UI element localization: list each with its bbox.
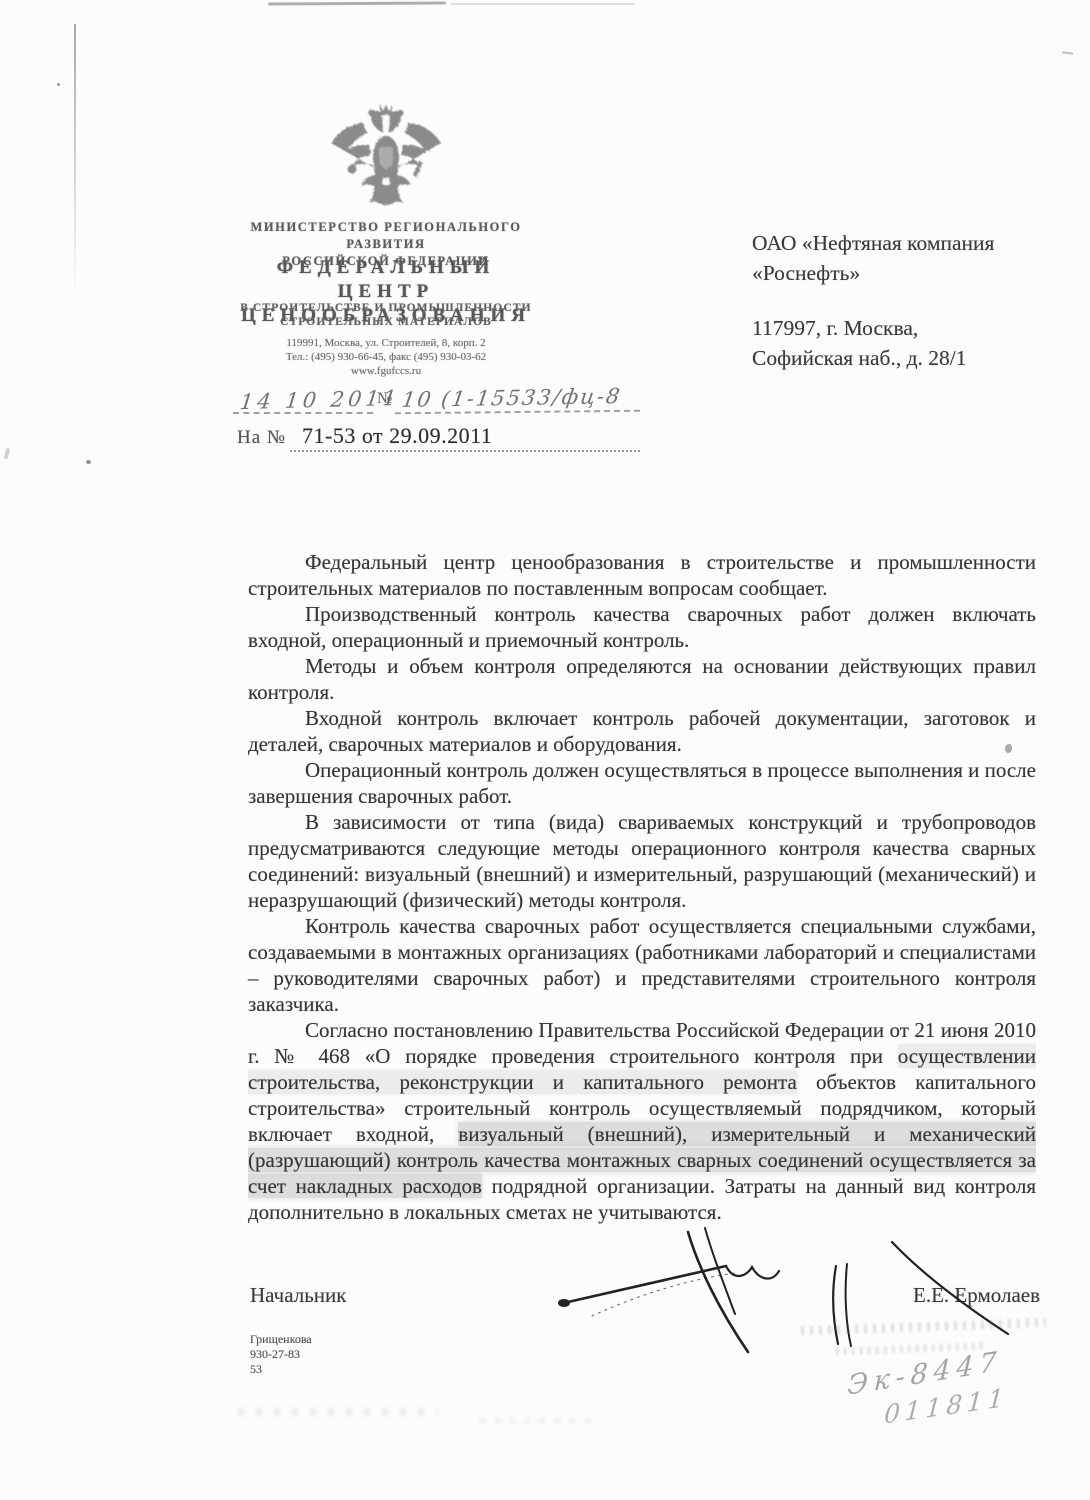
org-name-line-1: ФЕДЕРАЛЬНЫЙ ЦЕНТР [228, 256, 544, 304]
paragraph-7: Контроль качества сварочных работ осущес… [248, 913, 1036, 1017]
paragraph-6: В зависимости от типа (вида) свариваемых… [248, 809, 1036, 913]
recipient-company-line-2: «Роснефть» [752, 258, 994, 288]
executor-code: 53 [250, 1362, 312, 1377]
executor-name: Грищенкова [250, 1332, 312, 1347]
letterhead-contacts: 119991, Москва, ул. Строителей, 8, корп.… [228, 336, 544, 378]
reference-underline [290, 450, 640, 452]
recipient-company-line-1: ОАО «Нефтяная компания [752, 228, 994, 258]
paragraph-1: Федеральный центр ценообразования в стро… [248, 549, 1036, 601]
reference-number: 71-53 от 29.09.2011 [302, 423, 492, 449]
org-subtitle-line-1: В СТРОИТЕЛЬСТВЕ И ПРОМЫШЛЕННОСТИ [228, 301, 544, 315]
paragraph-3: Методы и объем контроля определяются на … [248, 653, 1036, 705]
double-headed-eagle-emblem [321, 100, 451, 218]
recipient-block: ОАО «Нефтяная компания «Роснефть» 117997… [752, 228, 994, 373]
recipient-street-address: Софийская наб., д. 28/1 [752, 343, 994, 373]
scan-artifact-top-smudge [268, 2, 446, 6]
org-subtitle-line-2: СТРОИТЕЛЬНЫХ МАТЕРИАЛОВ [228, 315, 544, 329]
scanned-letter-page: МИНИСТЕРСТВО РЕГИОНАЛЬНОГО РАЗВИТИЯ РОСС… [0, 0, 1090, 1500]
scan-artifact-vertical-line [74, 24, 76, 296]
recipient-postal-code-city: 117997, г. Москва, [752, 313, 994, 343]
faint-stamp-text-line [801, 1318, 1046, 1336]
faint-stamp-area: Эк-8447 011811 [793, 1313, 1073, 1458]
executor-phone: 930-27-83 [250, 1347, 312, 1362]
letterhead-website: www.fgufccs.ru [228, 364, 544, 378]
scan-artifact-bottom-smudge [238, 1408, 438, 1416]
ministry-line-1: МИНИСТЕРСТВО РЕГИОНАЛЬНОГО РАЗВИТИЯ [228, 219, 544, 253]
scan-artifact-dot [57, 83, 60, 86]
paragraph-2: Производственный контроль качества сваро… [248, 601, 1036, 653]
letterhead-phone: Тел.: (495) 930-66-45, факс (495) 930-03… [228, 350, 544, 364]
paragraph-8: Согласно постановлению Правительства Рос… [248, 1017, 1036, 1225]
organization-subtitle: В СТРОИТЕЛЬСТВЕ И ПРОМЫШЛЕННОСТИ СТРОИТЕ… [228, 301, 544, 329]
signer-title: Начальник [250, 1283, 346, 1308]
letter-body: Федеральный центр ценообразования в стро… [248, 549, 1036, 1225]
scan-artifact-dot [86, 460, 91, 464]
letterhead-address: 119991, Москва, ул. Строителей, 8, корп.… [228, 336, 544, 350]
scan-artifact-dash [1062, 51, 1073, 55]
date-underline [233, 412, 373, 414]
number-sign: № [377, 390, 392, 408]
scan-artifact-bottom-smudge [480, 1418, 600, 1424]
scan-artifact-mark [4, 448, 11, 460]
executor-block: Грищенкова 930-27-83 53 [250, 1332, 312, 1377]
reference-label: На № [237, 427, 286, 449]
scan-artifact-top-smudge-faint [450, 3, 635, 5]
handwritten-outgoing-number: 10 (1-15533/фц-8 [400, 384, 623, 412]
paragraph-4: Входной контроль включает контроль рабоч… [248, 705, 1036, 757]
paragraph-5: Операционный контроль должен осуществлят… [248, 757, 1036, 809]
